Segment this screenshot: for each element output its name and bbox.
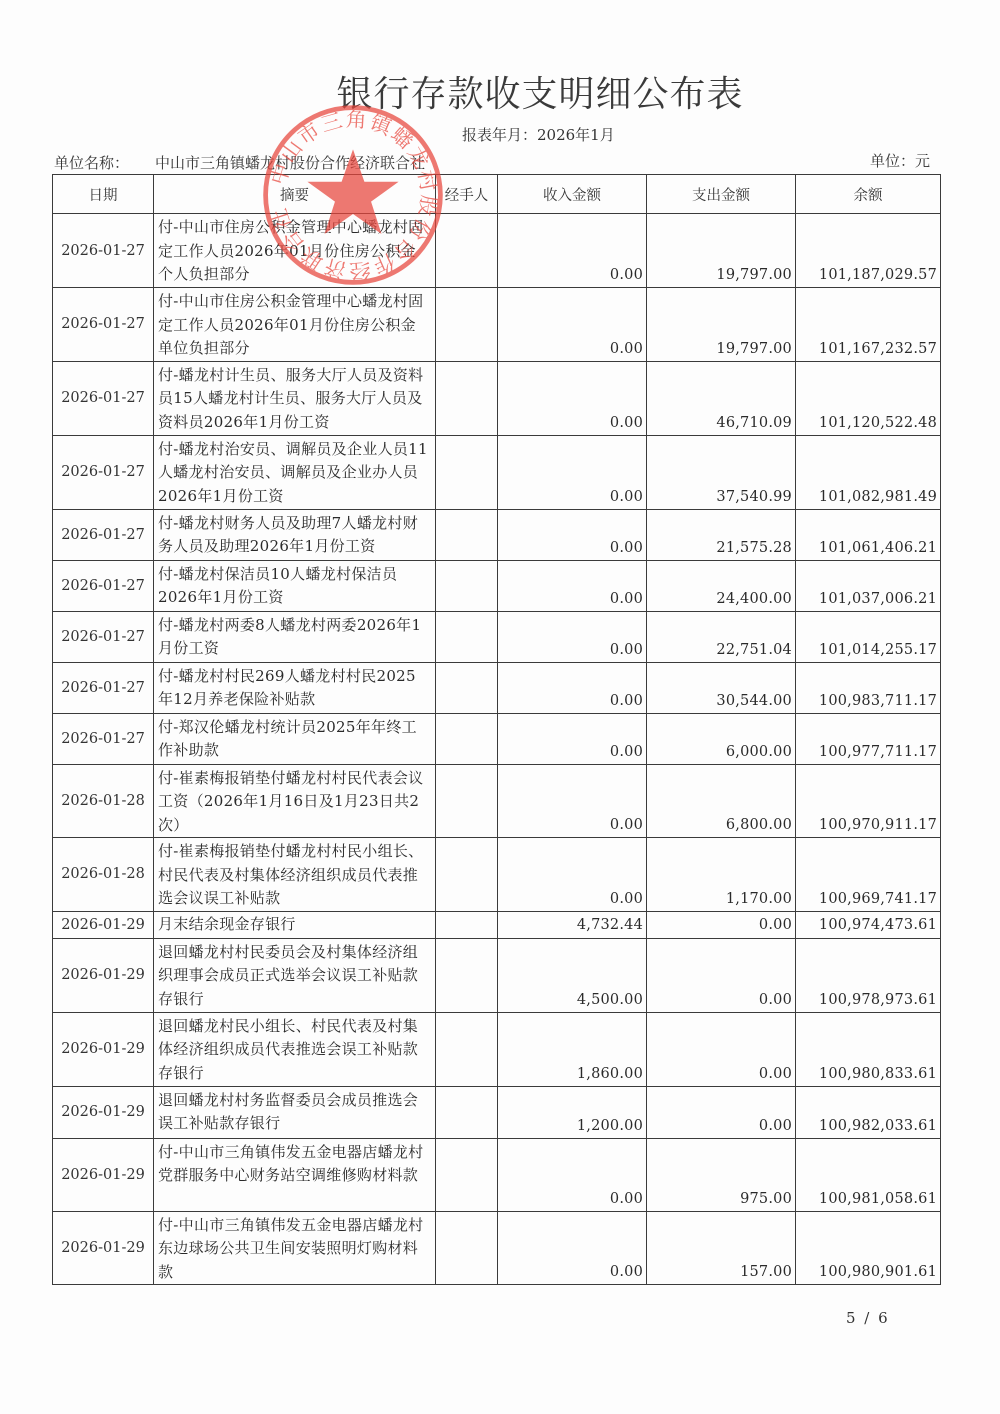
date-cell: 2026-01-27: [53, 435, 154, 509]
page-indicator: 5 / 6: [846, 1309, 890, 1327]
description-cell: 付-中山市三角镇伟发五金电器店蟠龙村党群服务中心财务站空调维修购材料款: [154, 1138, 436, 1211]
description-cell: 付-蟠龙村财务人员及助理7人蟠龙村财务人员及助理2026年1月份工资: [154, 509, 436, 560]
table-row: 2026-01-27付-蟠龙村治安员、调解员及企业人员11人蟠龙村治安员、调解员…: [53, 435, 941, 509]
balance-cell: 101,014,255.17: [796, 611, 941, 662]
expense-cell: 22,751.04: [647, 611, 796, 662]
expense-cell: 0.00: [647, 938, 796, 1012]
expense-cell: 24,400.00: [647, 560, 796, 611]
date-cell: 2026-01-27: [53, 288, 154, 362]
description-cell: 付-蟠龙村村民269人蟠龙村村民2025年12月养老保险补贴款: [154, 662, 436, 713]
table-row: 2026-01-27付-蟠龙村保洁员10人蟠龙村保洁员2026年1月份工资0.0…: [53, 560, 941, 611]
ledger-table: 日期 摘要 经手人 收入金额 支出金额 余额 2026-01-27付-中山市住房…: [52, 174, 941, 1285]
expense-cell: 21,575.28: [647, 509, 796, 560]
income-cell: 0.00: [498, 713, 647, 764]
handler-cell: [436, 1211, 498, 1285]
description-cell: 付-蟠龙村治安员、调解员及企业人员11人蟠龙村治安员、调解员及企业办人员2026…: [154, 435, 436, 509]
expense-cell: 1,170.00: [647, 838, 796, 912]
date-cell: 2026-01-29: [53, 1086, 154, 1138]
date-cell: 2026-01-27: [53, 509, 154, 560]
handler-cell: [436, 911, 498, 938]
description-cell: 付-蟠龙村计生员、服务大厅人员及资料员15人蟠龙村计生员、服务大厅人员及资料员2…: [154, 361, 436, 435]
date-cell: 2026-01-27: [53, 361, 154, 435]
expense-cell: 157.00: [647, 1211, 796, 1285]
expense-cell: 46,710.09: [647, 361, 796, 435]
balance-cell: 101,187,029.57: [796, 214, 941, 288]
expense-cell: 30,544.00: [647, 662, 796, 713]
handler-cell: [436, 938, 498, 1012]
handler-cell: [436, 361, 498, 435]
handler-cell: [436, 611, 498, 662]
expense-cell: 6,000.00: [647, 713, 796, 764]
description-cell: 付-郑汉伦蟠龙村统计员2025年年终工作补助款: [154, 713, 436, 764]
description-cell: 付-中山市住房公积金管理中心蟠龙村固定工作人员2026年01月份住房公积金单位负…: [154, 288, 436, 362]
income-cell: 0.00: [498, 611, 647, 662]
header-income: 收入金额: [498, 175, 647, 214]
table-row: 2026-01-27付-蟠龙村两委8人蟠龙村两委2026年1月份工资0.0022…: [53, 611, 941, 662]
date-cell: 2026-01-27: [53, 560, 154, 611]
expense-cell: 37,540.99: [647, 435, 796, 509]
expense-cell: 0.00: [647, 911, 796, 938]
income-cell: 0.00: [498, 288, 647, 362]
balance-cell: 101,082,981.49: [796, 435, 941, 509]
handler-cell: [436, 1012, 498, 1086]
table-row: 2026-01-29付-中山市三角镇伟发五金电器店蟠龙村党群服务中心财务站空调维…: [53, 1138, 941, 1211]
table-row: 2026-01-27付-蟠龙村财务人员及助理7人蟠龙村财务人员及助理2026年1…: [53, 509, 941, 560]
date-cell: 2026-01-29: [53, 1012, 154, 1086]
table-row: 2026-01-27付-中山市住房公积金管理中心蟠龙村固定工作人员2026年01…: [53, 214, 941, 288]
income-cell: 0.00: [498, 214, 647, 288]
unit-name-line: 单位名称：中山市三角镇蟠龙村股份合作经济联合社: [54, 152, 425, 173]
description-cell: 退回蟠龙村村民委员会及村集体经济组织理事会成员正式选举会议误工补贴款存银行: [154, 938, 436, 1012]
handler-cell: [436, 435, 498, 509]
description-cell: 退回蟠龙村村务监督委员会成员推选会误工补贴款存银行: [154, 1086, 436, 1138]
header-description: 摘要: [154, 175, 436, 214]
date-cell: 2026-01-27: [53, 214, 154, 288]
expense-cell: 6,800.00: [647, 764, 796, 838]
table-row: 2026-01-27付-中山市住房公积金管理中心蟠龙村固定工作人员2026年01…: [53, 288, 941, 362]
description-cell: 付-崔素梅报销垫付蟠龙村村民小组长、村民代表及村集体经济组织成员代表推选会议误工…: [154, 838, 436, 912]
handler-cell: [436, 764, 498, 838]
handler-cell: [436, 838, 498, 912]
document-title: 银行存款收支明细公布表: [0, 66, 1000, 117]
description-cell: 付-中山市住房公积金管理中心蟠龙村固定工作人员2026年01月份住房公积金个人负…: [154, 214, 436, 288]
date-cell: 2026-01-27: [53, 662, 154, 713]
table-row: 2026-01-28付-崔素梅报销垫付蟠龙村村民小组长、村民代表及村集体经济组织…: [53, 838, 941, 912]
income-cell: 1,200.00: [498, 1086, 647, 1138]
table-header-row: 日期 摘要 经手人 收入金额 支出金额 余额: [53, 175, 941, 214]
ledger-body: 2026-01-27付-中山市住房公积金管理中心蟠龙村固定工作人员2026年01…: [53, 214, 941, 1285]
table-row: 2026-01-29退回蟠龙村村民委员会及村集体经济组织理事会成员正式选举会议误…: [53, 938, 941, 1012]
income-cell: 0.00: [498, 560, 647, 611]
date-cell: 2026-01-28: [53, 764, 154, 838]
handler-cell: [436, 288, 498, 362]
income-cell: 1,860.00: [498, 1012, 647, 1086]
description-cell: 退回蟠龙村民小组长、村民代表及村集体经济组织成员代表推选会误工补贴款存银行: [154, 1012, 436, 1086]
table-row: 2026-01-29付-中山市三角镇伟发五金电器店蟠龙村东边球场公共卫生间安装照…: [53, 1211, 941, 1285]
header-balance: 余额: [796, 175, 941, 214]
table-row: 2026-01-29退回蟠龙村村务监督委员会成员推选会误工补贴款存银行1,200…: [53, 1086, 941, 1138]
income-cell: 0.00: [498, 1211, 647, 1285]
description-cell: 付-崔素梅报销垫付蟠龙村村民代表会议工资（2026年1月16日及1月23日共2次…: [154, 764, 436, 838]
table-row: 2026-01-27付-蟠龙村村民269人蟠龙村村民2025年12月养老保险补贴…: [53, 662, 941, 713]
report-month: 报表年月：2026年1月: [462, 124, 615, 145]
handler-cell: [436, 214, 498, 288]
income-cell: 4,732.44: [498, 911, 647, 938]
balance-cell: 101,167,232.57: [796, 288, 941, 362]
balance-cell: 100,969,741.17: [796, 838, 941, 912]
header-date: 日期: [53, 175, 154, 214]
handler-cell: [436, 1086, 498, 1138]
handler-cell: [436, 1138, 498, 1211]
table-row: 2026-01-27付-郑汉伦蟠龙村统计员2025年年终工作补助款0.006,0…: [53, 713, 941, 764]
income-cell: 0.00: [498, 838, 647, 912]
income-cell: 4,500.00: [498, 938, 647, 1012]
expense-cell: 0.00: [647, 1012, 796, 1086]
balance-cell: 101,120,522.48: [796, 361, 941, 435]
handler-cell: [436, 662, 498, 713]
income-cell: 0.00: [498, 361, 647, 435]
unit-name-label: 单位名称：: [54, 154, 129, 172]
income-cell: 0.00: [498, 509, 647, 560]
table-row: 2026-01-28付-崔素梅报销垫付蟠龙村村民代表会议工资（2026年1月16…: [53, 764, 941, 838]
description-cell: 付-中山市三角镇伟发五金电器店蟠龙村东边球场公共卫生间安装照明灯购材料款: [154, 1211, 436, 1285]
balance-cell: 100,982,033.61: [796, 1086, 941, 1138]
balance-cell: 100,981,058.61: [796, 1138, 941, 1211]
expense-cell: 19,797.00: [647, 288, 796, 362]
income-cell: 0.00: [498, 764, 647, 838]
table-row: 2026-01-29退回蟠龙村民小组长、村民代表及村集体经济组织成员代表推选会误…: [53, 1012, 941, 1086]
expense-cell: 0.00: [647, 1086, 796, 1138]
balance-cell: 101,037,006.21: [796, 560, 941, 611]
date-cell: 2026-01-29: [53, 1211, 154, 1285]
expense-cell: 19,797.00: [647, 214, 796, 288]
income-cell: 0.00: [498, 662, 647, 713]
income-cell: 0.00: [498, 435, 647, 509]
balance-cell: 100,980,901.61: [796, 1211, 941, 1285]
balance-cell: 100,978,973.61: [796, 938, 941, 1012]
description-cell: 付-蟠龙村保洁员10人蟠龙村保洁员2026年1月份工资: [154, 560, 436, 611]
date-cell: 2026-01-29: [53, 938, 154, 1012]
description-cell: 付-蟠龙村两委8人蟠龙村两委2026年1月份工资: [154, 611, 436, 662]
balance-cell: 100,970,911.17: [796, 764, 941, 838]
handler-cell: [436, 509, 498, 560]
balance-cell: 101,061,406.21: [796, 509, 941, 560]
date-cell: 2026-01-27: [53, 713, 154, 764]
currency-unit: 单位：元: [870, 150, 930, 171]
income-cell: 0.00: [498, 1138, 647, 1211]
balance-cell: 100,980,833.61: [796, 1012, 941, 1086]
date-cell: 2026-01-28: [53, 838, 154, 912]
date-cell: 2026-01-27: [53, 611, 154, 662]
unit-name-value: 中山市三角镇蟠龙村股份合作经济联合社: [155, 154, 425, 172]
header-handler: 经手人: [436, 175, 498, 214]
table-row: 2026-01-29月末结余现金存银行4,732.440.00100,974,4…: [53, 911, 941, 938]
date-cell: 2026-01-29: [53, 1138, 154, 1211]
header-expense: 支出金额: [647, 175, 796, 214]
balance-cell: 100,977,711.17: [796, 713, 941, 764]
date-cell: 2026-01-29: [53, 911, 154, 938]
table-row: 2026-01-27付-蟠龙村计生员、服务大厅人员及资料员15人蟠龙村计生员、服…: [53, 361, 941, 435]
balance-cell: 100,983,711.17: [796, 662, 941, 713]
handler-cell: [436, 560, 498, 611]
expense-cell: 975.00: [647, 1138, 796, 1211]
handler-cell: [436, 713, 498, 764]
description-cell: 月末结余现金存银行: [154, 911, 436, 938]
balance-cell: 100,974,473.61: [796, 911, 941, 938]
